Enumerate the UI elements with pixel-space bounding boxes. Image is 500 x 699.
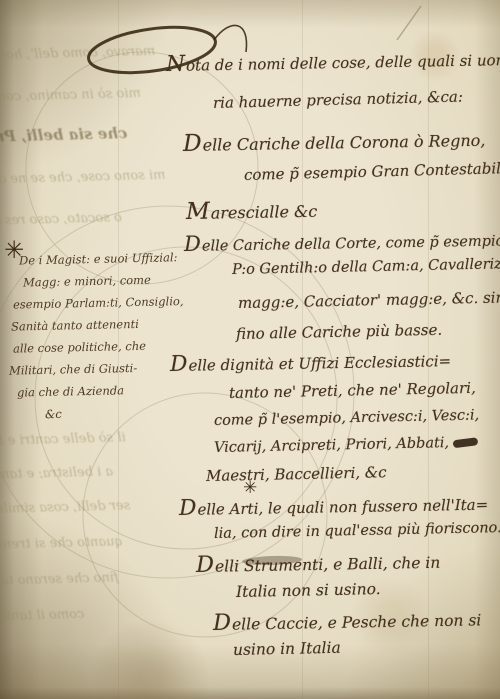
bleedthrough-text: fino che serano tan <box>0 570 119 588</box>
margin-note-line: gia che di Azienda <box>17 378 163 403</box>
text-line: lia, con dire in qual'essa più fioriscon… <box>214 520 500 542</box>
text-line: Delle Cariche della Corte, come p̃ esemp… <box>184 225 500 256</box>
margin-note-line: Militari, che di Giusti- <box>9 356 163 381</box>
text-line: Delle Caccie, e Pesche che non si <box>213 605 482 636</box>
bleedthrough-text: che sia belli, Prin <box>0 124 127 146</box>
text-line: usino in Italia <box>233 639 341 659</box>
text-line: come p̃ esempio Gran Contestabile <box>244 159 500 184</box>
margin-note-line: Sanità tanto attenenti <box>11 312 163 337</box>
text-line: Delle Arti, le quali non fussero nell'It… <box>179 491 489 521</box>
bleedthrough-text: mi sono cose, che se ne do <box>0 168 166 188</box>
text-line: Nota de i nomi delle cose, delle quali s… <box>166 46 500 77</box>
bleedthrough-text: il sò delle cantri e B <box>0 430 126 448</box>
text-line: come p̃ l'esempio, Arcivesc:i, Vesc:i, <box>214 407 479 429</box>
text-line: fino alle Cariche più basse. <box>236 321 442 343</box>
text-line: tanto ne' Preti, che ne' Regolari, <box>229 379 476 402</box>
bleedthrough-text: ser delli, cosa similé <box>0 498 130 517</box>
manuscript-page: maravo, como dell', hora mio sò in camin… <box>0 0 500 699</box>
bleedthrough-text: maravo, como dell', hora <box>0 44 155 63</box>
text-line: Vicarij, Arcipreti, Priori, Abbati, <box>214 434 478 456</box>
text-line: Delle Cariche della Corona ò Regno, <box>183 125 486 157</box>
margin-note-line: alle cose politiche, che <box>13 334 163 359</box>
text-line: Italia non si usino. <box>236 580 381 601</box>
text-line-content: Vicarij, Arcipreti, Priori, Abbati, <box>214 435 449 456</box>
corner-pen-stroke <box>397 6 421 40</box>
margin-note-line: Magg: e minori, come <box>23 269 163 294</box>
bleedthrough-text: como il tanto <box>0 607 84 624</box>
text-line: Delle dignità et Uffizi Ecclesiastici= <box>170 347 452 377</box>
ink-blot <box>453 437 479 448</box>
margin-note-line: De i Magist: e suoi Uffizial: <box>19 246 163 271</box>
text-line: Marescialle &c <box>186 196 318 225</box>
margin-note: De i Magist: e suoi Uffizial: Magg: e mi… <box>5 248 163 424</box>
bleedthrough-text: mio sò in camino, come <box>0 86 141 105</box>
bleedthrough-text: a i belistra; e tanto <box>0 464 113 482</box>
text-line: magg:e, Cacciator' magg:e, &c. sin <box>238 288 500 312</box>
bleedthrough-text: quanto che si trenta <box>0 534 123 552</box>
margin-note-line: &c <box>45 401 163 425</box>
text-line: ria hauerne precisa notizia, &ca: <box>213 87 463 112</box>
margin-note-line: esempio Parlam:ti, Consiglio, <box>13 290 163 315</box>
text-line: Maestri, Baccellieri, &c <box>206 463 387 485</box>
text-line: Delli Strumenti, e Balli, che in <box>196 548 441 578</box>
text-line: P:o Gentilh:o della Cam:a, Cavallerizzo <box>232 256 500 278</box>
bleedthrough-text: o socato, caso res du <box>0 210 122 229</box>
